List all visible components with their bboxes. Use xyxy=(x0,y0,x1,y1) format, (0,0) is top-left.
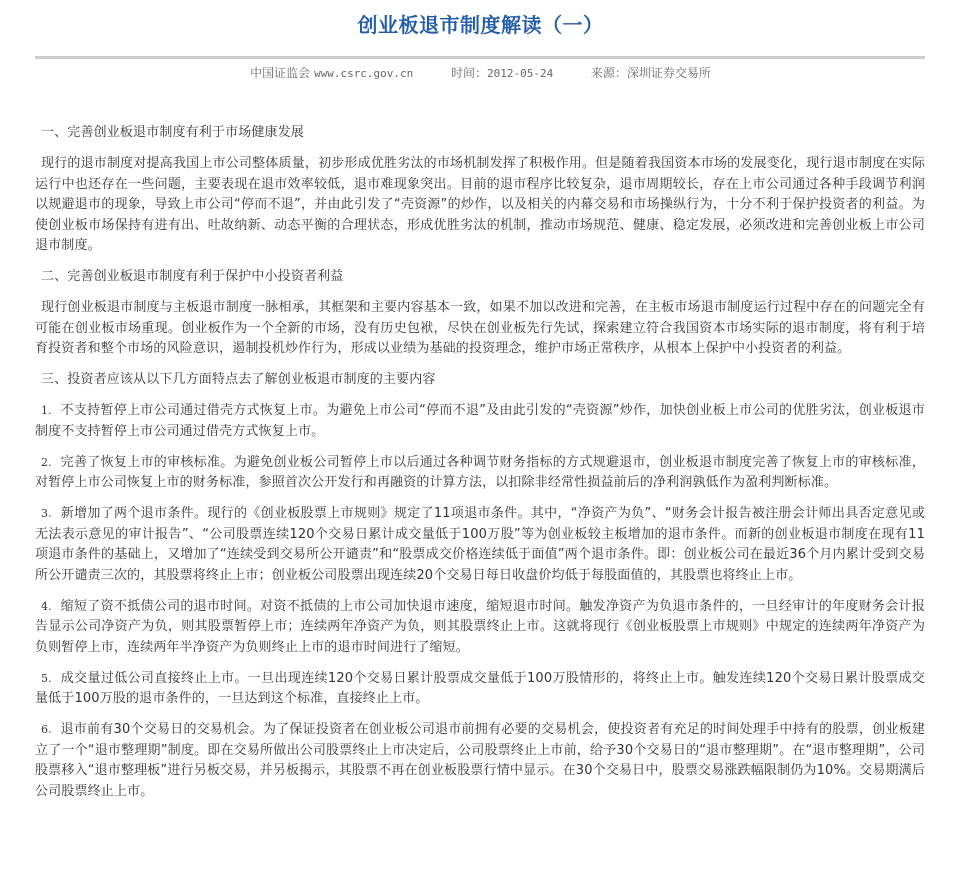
section-heading-3: 三、投资者应该从以下几方面特点去了解创业板退市制度的主要内容 xyxy=(35,370,925,391)
paragraph: 现行的退市制度对提高我国上市公司整体质量，初步形成优胜劣汰的市场机制发挥了积极作… xyxy=(35,154,925,257)
article-body: 一、完善创业板退市制度有利于市场健康发展 现行的退市制度对提高我国上市公司整体质… xyxy=(35,123,925,813)
section-heading-2: 二、完善创业板退市制度有利于保护中小投资者利益 xyxy=(35,267,925,288)
list-item: 6. 退市前有30个交易日的交易机会。为了保证投资者在创业板公司退市前拥有必要的… xyxy=(35,720,925,802)
title-divider xyxy=(35,56,925,59)
source-org: 中国证监会 xyxy=(250,66,310,80)
item-text: 不支持暂停上市公司通过借壳方式恢复上市。为避免上市公司“停而不退”及由此引发的“… xyxy=(35,403,925,439)
item-text: 缩短了资不抵债公司的退市时间。对资不抵债的上市公司加快退市速度，缩短退市时间。触… xyxy=(35,599,925,655)
list-item: 2. 完善了恢复上市的审核标准。为避免创业板公司暂停上市以后通过各种调节财务指标… xyxy=(35,453,925,494)
source-url: www.csrc.gov.cn xyxy=(314,67,413,80)
item-text: 成交量过低公司直接终止上市。一旦出现连续120个交易日累计股票成交量低于100万… xyxy=(35,671,925,707)
section-heading-1: 一、完善创业板退市制度有利于市场健康发展 xyxy=(35,123,925,144)
item-number: 5. xyxy=(41,672,52,685)
item-number: 4. xyxy=(41,600,52,613)
item-text: 完善了恢复上市的审核标准。为避免创业板公司暂停上市以后通过各种调节财务指标的方式… xyxy=(35,455,925,491)
item-text: 退市前有30个交易日的交易机会。为了保证投资者在创业板公司退市前拥有必要的交易机… xyxy=(35,722,925,799)
origin-value: 深圳证券交易所 xyxy=(627,66,711,80)
origin-label: 来源： xyxy=(591,66,627,80)
item-number: 6. xyxy=(41,723,52,736)
article-meta: 中国证监会 www.csrc.gov.cn 时间：2012-05-24 来源：深… xyxy=(0,64,961,83)
paragraph: 现行创业板退市制度与主板退市制度一脉相承，其框架和主要内容基本一致，如果不加以改… xyxy=(35,298,925,360)
item-number: 1. xyxy=(41,404,52,417)
list-item: 1. 不支持暂停上市公司通过借壳方式恢复上市。为避免上市公司“停而不退”及由此引… xyxy=(35,401,925,442)
list-item: 3. 新增加了两个退市条件。现行的《创业板股票上市规则》规定了11项退市条件。其… xyxy=(35,504,925,586)
list-item: 5. 成交量过低公司直接终止上市。一旦出现连续120个交易日累计股票成交量低于1… xyxy=(35,669,925,710)
publish-date: 2012-05-24 xyxy=(487,67,553,80)
item-text: 新增加了两个退市条件。现行的《创业板股票上市规则》规定了11项退市条件。其中，“… xyxy=(35,506,925,583)
item-number: 3. xyxy=(41,507,52,520)
page-title: 创业板退市制度解读（一） xyxy=(0,10,961,40)
item-number: 2. xyxy=(41,456,52,469)
list-item: 4. 缩短了资不抵债公司的退市时间。对资不抵债的上市公司加快退市速度，缩短退市时… xyxy=(35,597,925,659)
time-label: 时间： xyxy=(451,66,487,80)
